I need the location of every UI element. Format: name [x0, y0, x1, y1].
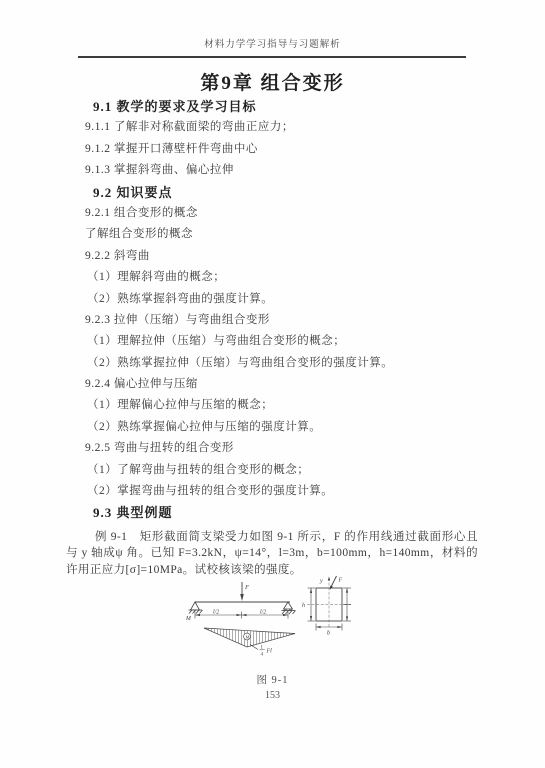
height-label: h	[302, 603, 305, 609]
heading-9-2-5: 9.2.5 弯曲与扭转的组合变形	[66, 438, 478, 459]
svg-text:4: 4	[261, 653, 264, 658]
heading-9-1-2: 9.1.2 掌握开口薄壁杆件弯曲中心	[66, 139, 478, 160]
svg-text:F: F	[244, 584, 250, 591]
beam-diagram: F	[183, 574, 383, 662]
heading-9-2-3: 9.2.3 拉伸（压缩）与弯曲组合变形	[66, 310, 478, 331]
half-height-dimension	[343, 588, 351, 621]
book-page: 材料力学学习指导与习题解析 第9章 组合变形 9.1 教学的要求及学习目标 9.…	[0, 0, 545, 768]
list-item: （2）熟练掌握偏心拉伸与压缩的强度计算。	[66, 417, 478, 438]
y-axis-label: y	[319, 579, 323, 585]
list-item: （1）理解偏心拉伸与压缩的概念；	[66, 395, 478, 416]
heading-9-1-3: 9.1.3 掌握斜弯曲、偏心拉伸	[66, 160, 478, 181]
moment-peak-value: 1 4 Fl	[260, 646, 273, 658]
load-arrow: F	[240, 582, 250, 601]
svg-text:Fl: Fl	[266, 649, 273, 655]
cross-section: y F h	[302, 576, 351, 637]
list-item: （2）熟练掌握斜弯曲的强度计算。	[66, 289, 478, 310]
figure-9-1: F	[183, 574, 383, 662]
list-item: （1）理解拉伸（压缩）与弯曲组合变形的概念；	[66, 331, 478, 352]
roller-support-icon	[282, 602, 296, 614]
width-label: b	[327, 631, 330, 637]
span-dimension	[195, 612, 288, 619]
page-number: 153	[0, 690, 545, 701]
text-line: 了解组合变形的概念	[66, 224, 478, 245]
heading-9-2-1: 9.2.1 组合变形的概念	[66, 203, 478, 224]
figure-caption: 图 9-1	[0, 672, 545, 687]
chapter-title: 第9章 组合变形	[0, 68, 545, 95]
pin-support-icon	[189, 602, 203, 614]
heading-9-2-4: 9.2.4 偏心拉伸与压缩	[66, 374, 478, 395]
list-item: （1）了解弯曲与扭转的组合变形的概念；	[66, 460, 478, 481]
header-rule	[78, 56, 466, 58]
heading-9-1-1: 9.1.1 了解非对称截面梁的弯曲正应力；	[66, 117, 478, 138]
list-item: （1）理解斜弯曲的概念；	[66, 267, 478, 288]
moment-diagram-label: M	[185, 616, 192, 622]
moment-circle-label: M	[246, 634, 250, 639]
heading-9-2-2: 9.2.2 斜弯曲	[66, 246, 478, 267]
dim-left-label: l/2	[213, 609, 219, 615]
dim-right-label: l/2	[260, 609, 266, 615]
content-block: 9.1 教学的要求及学习目标 9.1.1 了解非对称截面梁的弯曲正应力； 9.1…	[66, 96, 478, 579]
y-axis-arrow	[328, 577, 330, 581]
heading-9-2: 9.2 知识要点	[66, 182, 478, 203]
list-item: （2）掌握弯曲与扭转的组合变形的强度计算。	[66, 481, 478, 502]
moment-diagram: M 1 4 Fl	[204, 628, 295, 658]
running-head: 材料力学学习指导与习题解析	[0, 36, 545, 50]
heading-9-3: 9.3 典型例题	[66, 502, 478, 523]
list-item: （2）熟练掌握拉伸（压缩）与弯曲组合变形的强度计算。	[66, 353, 478, 374]
example-paragraph: 例 9-1 矩形截面简支梁受力如图 9-1 所示，F 的作用线通过截面形心且与 …	[66, 529, 478, 579]
svg-text:F: F	[338, 578, 343, 584]
heading-9-1: 9.1 教学的要求及学习目标	[66, 96, 478, 117]
